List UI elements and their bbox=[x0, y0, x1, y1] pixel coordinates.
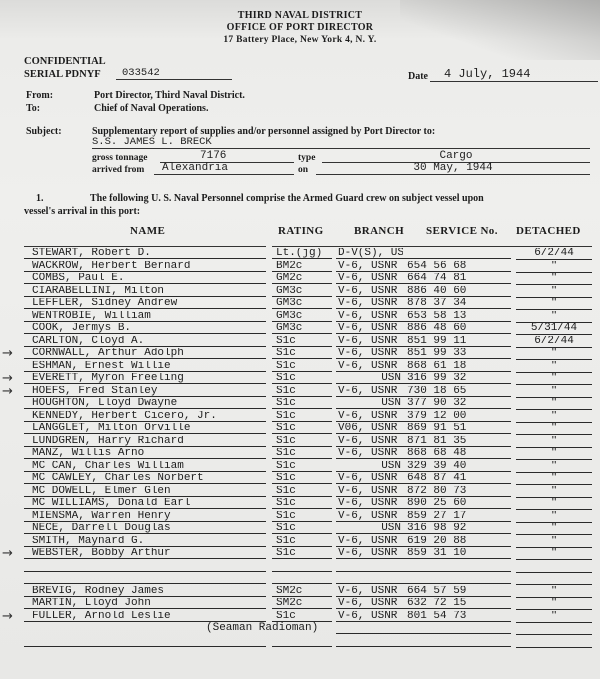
table-row: WENTROBIE, WilliamGM3cV-6, USNR653 58 13… bbox=[0, 311, 600, 324]
serial-number: 033542 bbox=[116, 67, 232, 80]
crew-service-no: 871 81 35 bbox=[403, 436, 511, 447]
crew-name: FULLER, Arnold Leslie bbox=[24, 611, 266, 622]
crew-name: CIARABELLINI, Milton bbox=[24, 286, 266, 297]
crew-name: MC DOWELL, Elmer Glen bbox=[24, 486, 266, 497]
crew-branch: V-6, USNR bbox=[336, 286, 403, 297]
crew-detached: " bbox=[516, 348, 592, 360]
to-value: Chief of Naval Operations. bbox=[94, 103, 208, 114]
blank-cell bbox=[272, 561, 332, 572]
crew-service-no: 654 56 68 bbox=[403, 261, 511, 272]
blank-cell bbox=[272, 573, 332, 584]
crew-service-no: 890 25 60 bbox=[403, 498, 511, 509]
from-value: Port Director, Third Naval District. bbox=[94, 90, 245, 101]
crew-name: MANZ, Willis Arno bbox=[24, 448, 266, 459]
crew-detached: 5/31/44 bbox=[516, 323, 592, 335]
blank-cell bbox=[403, 636, 511, 647]
crew-rating: S1c bbox=[272, 361, 332, 372]
blank-cell bbox=[403, 573, 511, 584]
letterhead-address: 17 Battery Place, New York 4, N. Y. bbox=[0, 35, 600, 45]
crew-name: NECE, Darrell Douglas bbox=[24, 523, 266, 534]
from-label: From: bbox=[26, 90, 53, 101]
column-header-detached: DETACHED bbox=[516, 225, 581, 237]
crew-service-no: 379 12 00 bbox=[403, 411, 511, 422]
table-row: SMITH, Maynard G.S1cV-6, USNR619 20 88" bbox=[0, 536, 600, 549]
crew-detached: " bbox=[516, 411, 592, 423]
blank-cell bbox=[336, 623, 403, 634]
crew-service-no: 632 72 15 bbox=[403, 598, 511, 609]
crew-service-no: 664 74 81 bbox=[403, 273, 511, 284]
crew-name: EVERETT, Myron Freeling bbox=[24, 373, 266, 384]
crew-name: CARLTON, Cloyd A. bbox=[24, 336, 266, 347]
table-row: CIARABELLINI, MiltonGM3cV-6, USNR886 40 … bbox=[0, 286, 600, 299]
crew-service-no: 878 37 34 bbox=[403, 298, 511, 309]
crew-name: MC WILLIAMS, Donald Earl bbox=[24, 498, 266, 509]
crew-branch: V-6, USNR bbox=[336, 298, 403, 309]
crew-rating: GM3c bbox=[272, 311, 332, 322]
crew-service-no: 872 80 73 bbox=[403, 486, 511, 497]
crew-rating: S1c bbox=[272, 461, 332, 472]
crew-detached: " bbox=[516, 286, 592, 298]
crew-detached: " bbox=[516, 473, 592, 485]
blank-cell bbox=[24, 573, 266, 584]
crew-rating: S1c bbox=[272, 511, 332, 522]
crew-name: MC CAN, Charles William bbox=[24, 461, 266, 472]
crew-detached: " bbox=[516, 361, 592, 373]
table-row: BREVIG, Rodney JamesSM2cV-6, USNR664 57 … bbox=[0, 586, 600, 599]
column-header-name: NAME bbox=[130, 225, 165, 237]
crew-rating: S1c bbox=[272, 336, 332, 347]
crew-name: HOEFS, Fred Stanley bbox=[24, 386, 266, 397]
table-row: MARTIN, Lloyd JohnSM2cV-6, USNR632 72 15… bbox=[0, 598, 600, 611]
crew-rating: S1c bbox=[272, 373, 332, 384]
crew-branch: V-6, USNR bbox=[336, 436, 403, 447]
crew-rating: SM2c bbox=[272, 586, 332, 597]
crew-branch: V-6, USNR bbox=[336, 348, 403, 359]
crew-rating: S1c bbox=[272, 386, 332, 397]
table-row: MC CAWLEY, Charles NorbertS1cV-6, USNR64… bbox=[0, 473, 600, 486]
crew-detached: " bbox=[516, 461, 592, 473]
crew-detached: " bbox=[516, 373, 592, 385]
crew-service-no: 869 91 51 bbox=[403, 423, 511, 434]
crew-branch: V-6, USNR bbox=[336, 336, 403, 347]
crew-name: WACKROW, Herbert Bernard bbox=[24, 261, 266, 272]
table-row: HOUGHTON, Lloyd DwayneS1cUSN377 90 32" bbox=[0, 398, 600, 411]
crew-rating: S1c bbox=[272, 486, 332, 497]
crew-name: KENNEDY, Herbert Cicero, Jr. bbox=[24, 411, 266, 422]
crew-service-no: 886 48 60 bbox=[403, 323, 511, 334]
crew-branch: V-6, USNR bbox=[336, 261, 403, 272]
crew-name: LEFFLER, Sidney Andrew bbox=[24, 298, 266, 309]
crew-rating: GM2c bbox=[272, 273, 332, 284]
crew-name: SMITH, Maynard G. bbox=[24, 536, 266, 547]
crew-name: COOK, Jermys B. bbox=[24, 323, 266, 334]
crew-name: WENTROBIE, William bbox=[24, 311, 266, 322]
crew-name: ESHMAN, Ernest Willie bbox=[24, 361, 266, 372]
table-row: COOK, Jermys B.GM3cV-6, USNR886 48 605/3… bbox=[0, 323, 600, 336]
crew-branch: V-6, USNR bbox=[336, 361, 403, 372]
arrived-from-value: Alexandria bbox=[154, 162, 294, 175]
crew-service-no: 859 27 17 bbox=[403, 511, 511, 522]
crew-name: HOUGHTON, Lloyd Dwayne bbox=[24, 398, 266, 409]
crew-branch: V06, USNR bbox=[336, 423, 403, 434]
table-row: MC WILLIAMS, Donald EarlS1cV-6, USNR890 … bbox=[0, 498, 600, 511]
crew-name: WEBSTER, Bobby Arthur bbox=[24, 548, 266, 559]
arrival-date-label: on bbox=[298, 165, 308, 175]
crew-rating: GM3c bbox=[272, 323, 332, 334]
subject-label: Subject: bbox=[26, 126, 62, 137]
table-row: →WEBSTER, Bobby ArthurS1cV-6, USNR859 31… bbox=[0, 548, 600, 561]
crew-name: LANGGLET, Milton Orville bbox=[24, 423, 266, 434]
crew-detached: " bbox=[516, 598, 592, 610]
crew-rating: S1c bbox=[272, 411, 332, 422]
crew-detached: " bbox=[516, 498, 592, 510]
crew-rating: S1c bbox=[272, 448, 332, 459]
table-row: ESHMAN, Ernest WillieS1cV-6, USNR868 61 … bbox=[0, 361, 600, 374]
crew-branch: V-6, USNR bbox=[336, 323, 403, 334]
crew-detached: " bbox=[516, 586, 592, 598]
crew-detached: " bbox=[516, 273, 592, 285]
crew-service-no: 316 98 92 bbox=[403, 523, 511, 534]
blank-cell bbox=[516, 623, 592, 635]
crew-branch: D-V(S), USNR bbox=[336, 248, 403, 259]
crew-detached: " bbox=[516, 523, 592, 535]
date-label: Date bbox=[408, 71, 428, 82]
gross-tonnage-label: gross tonnage bbox=[92, 153, 148, 163]
note-row: (Seaman Radioman) bbox=[0, 623, 600, 636]
column-header-service-no: SERVICE No. bbox=[426, 225, 498, 237]
blank-row bbox=[0, 561, 600, 574]
crew-name: LUNDGREN, Harry Richard bbox=[24, 436, 266, 447]
crew-detached: " bbox=[516, 486, 592, 498]
crew-rating: S1c bbox=[272, 398, 332, 409]
blank-cell bbox=[336, 561, 403, 572]
crew-branch: USN bbox=[336, 461, 403, 472]
crew-rating: BM2c bbox=[272, 261, 332, 272]
crew-branch: V-6, USNR bbox=[336, 311, 403, 322]
crew-service-no: 316 99 32 bbox=[403, 373, 511, 384]
vessel-name: S.S. JAMES L. BRECK bbox=[92, 136, 590, 149]
letterhead-district: THIRD NAVAL DISTRICT bbox=[0, 10, 600, 21]
crew-branch: V-6, USNR bbox=[336, 448, 403, 459]
blank-cell bbox=[516, 636, 592, 648]
crew-service-no bbox=[403, 248, 511, 259]
blank-cell bbox=[403, 623, 511, 634]
serial-label: SERIAL PDNYF bbox=[24, 69, 101, 80]
crew-service-no: 868 61 18 bbox=[403, 361, 511, 372]
crew-service-no: 648 87 41 bbox=[403, 473, 511, 484]
crew-branch: V-6, USNR bbox=[336, 511, 403, 522]
crew-detached: " bbox=[516, 423, 592, 435]
crew-branch: V-6, USNR bbox=[336, 536, 403, 547]
crew-branch: V-6, USNR bbox=[336, 486, 403, 497]
crew-rating: S1c bbox=[272, 548, 332, 559]
crew-branch: V-6, USNR bbox=[336, 273, 403, 284]
blank-cell bbox=[516, 561, 592, 573]
blank-cell bbox=[403, 561, 511, 572]
crew-rating: SM2c bbox=[272, 598, 332, 609]
crew-service-no: 859 31 10 bbox=[403, 548, 511, 559]
crew-rating: S1c bbox=[272, 536, 332, 547]
table-row: KENNEDY, Herbert Cicero, Jr.S1cV-6, USNR… bbox=[0, 411, 600, 424]
crew-rating: S1c bbox=[272, 611, 332, 622]
crew-detached: " bbox=[516, 398, 592, 410]
classification: CONFIDENTIAL bbox=[24, 56, 106, 67]
crew-rating: S1c bbox=[272, 498, 332, 509]
crew-name: COMBS, Paul E. bbox=[24, 273, 266, 284]
blank-cell bbox=[516, 573, 592, 585]
crew-rating: S1c bbox=[272, 436, 332, 447]
crew-branch: V-6, USNR bbox=[336, 611, 403, 622]
crew-service-no: 653 58 13 bbox=[403, 311, 511, 322]
crew-rating: S1c bbox=[272, 348, 332, 359]
arrived-from-label: arrived from bbox=[92, 165, 144, 175]
crew-service-no: 377 90 32 bbox=[403, 398, 511, 409]
table-row: COMBS, Paul E.GM2cV-6, USNR664 74 81" bbox=[0, 273, 600, 286]
table-row: MIENSMA, Warren HenryS1cV-6, USNR859 27 … bbox=[0, 511, 600, 524]
crew-detached: " bbox=[516, 436, 592, 448]
document-page: THIRD NAVAL DISTRICT OFFICE OF PORT DIRE… bbox=[0, 0, 600, 679]
letterhead-office: OFFICE OF PORT DIRECTOR bbox=[0, 22, 600, 33]
column-header-rating: RATING bbox=[278, 225, 324, 237]
crew-service-no: 730 18 65 bbox=[403, 386, 511, 397]
type-label: type bbox=[298, 153, 315, 163]
crew-detached: " bbox=[516, 536, 592, 548]
seaman-radioman-note: (Seaman Radioman) bbox=[206, 622, 318, 634]
crew-branch: V-6, USNR bbox=[336, 548, 403, 559]
table-row: MANZ, Willis ArnoS1cV-6, USNR868 68 48" bbox=[0, 448, 600, 461]
blank-cell bbox=[24, 561, 266, 572]
crew-name: MC CAWLEY, Charles Norbert bbox=[24, 473, 266, 484]
crew-detached: " bbox=[516, 548, 592, 560]
crew-name: MARTIN, Lloyd John bbox=[24, 598, 266, 609]
crew-detached: " bbox=[516, 611, 592, 623]
table-row: →HOEFS, Fred StanleyS1cV-6, USNR730 18 6… bbox=[0, 386, 600, 399]
crew-rating: S1c bbox=[272, 423, 332, 434]
crew-detached: " bbox=[516, 511, 592, 523]
table-row: NECE, Darrell DouglasS1cUSN316 98 92" bbox=[0, 523, 600, 536]
paragraph-text-line1: The following U. S. Naval Personnel comp… bbox=[90, 193, 484, 204]
crew-service-no: 801 54 73 bbox=[403, 611, 511, 622]
crew-detached: 6/2/44 bbox=[516, 248, 592, 260]
crew-service-no: 619 20 88 bbox=[403, 536, 511, 547]
crew-branch: V-6, USNR bbox=[336, 411, 403, 422]
crew-branch: V-6, USNR bbox=[336, 386, 403, 397]
date-value: 4 July, 1944 bbox=[430, 67, 598, 82]
crew-rating: Lt.(jg) bbox=[272, 248, 332, 259]
blank-cell bbox=[336, 636, 403, 647]
to-label: To: bbox=[26, 103, 40, 114]
table-row: MC DOWELL, Elmer GlenS1cV-6, USNR872 80 … bbox=[0, 486, 600, 499]
crew-service-no: 664 57 59 bbox=[403, 586, 511, 597]
crew-detached: 6/2/44 bbox=[516, 336, 592, 348]
crew-branch: V-6, USNR bbox=[336, 473, 403, 484]
crew-name: STEWART, Robert D. bbox=[24, 248, 266, 259]
paragraph-text-line2: vessel's arrival in this port: bbox=[24, 206, 140, 217]
table-row: STEWART, Robert D.Lt.(jg)D-V(S), USNR6/2… bbox=[0, 248, 600, 261]
table-row: CARLTON, Cloyd A.S1cV-6, USNR851 99 116/… bbox=[0, 336, 600, 349]
table-row: →CORNWALL, Arthur AdolphS1cV-6, USNR851 … bbox=[0, 348, 600, 361]
blank-cell bbox=[24, 636, 266, 647]
table-row: LUNDGREN, Harry RichardS1cV-6, USNR871 8… bbox=[0, 436, 600, 449]
crew-branch: V-6, USNR bbox=[336, 586, 403, 597]
crew-service-no: 868 68 48 bbox=[403, 448, 511, 459]
table-row: MC CAN, Charles WilliamS1cUSN329 39 40" bbox=[0, 461, 600, 474]
crew-branch: V-6, USNR bbox=[336, 498, 403, 509]
crew-name: BREVIG, Rodney James bbox=[24, 586, 266, 597]
table-row: WACKROW, Herbert BernardBM2cV-6, USNR654… bbox=[0, 261, 600, 274]
crew-rating: GM3c bbox=[272, 298, 332, 309]
blank-row bbox=[0, 636, 600, 649]
crew-branch: USN bbox=[336, 523, 403, 534]
arrival-date-value: 30 May, 1944 bbox=[316, 162, 590, 175]
table-row: →EVERETT, Myron FreelingS1cUSN316 99 32" bbox=[0, 373, 600, 386]
personnel-table: STEWART, Robert D.Lt.(jg)D-V(S), USNR6/2… bbox=[0, 248, 600, 648]
table-row: LANGGLET, Milton OrvilleS1cV06, USNR869 … bbox=[0, 423, 600, 436]
crew-name: MIENSMA, Warren Henry bbox=[24, 511, 266, 522]
column-header-branch: BRANCH bbox=[354, 225, 404, 237]
crew-service-no: 851 99 11 bbox=[403, 336, 511, 347]
crew-detached: " bbox=[516, 298, 592, 310]
crew-branch: USN bbox=[336, 398, 403, 409]
crew-rating: S1c bbox=[272, 523, 332, 534]
blank-cell bbox=[336, 573, 403, 584]
crew-service-no: 329 39 40 bbox=[403, 461, 511, 472]
crew-detached: " bbox=[516, 386, 592, 398]
blank-row bbox=[0, 573, 600, 586]
crew-branch: USN bbox=[336, 373, 403, 384]
crew-detached: " bbox=[516, 261, 592, 273]
crew-name: CORNWALL, Arthur Adolph bbox=[24, 348, 266, 359]
crew-detached: " bbox=[516, 448, 592, 460]
paragraph-number: 1. bbox=[36, 193, 44, 204]
crew-service-no: 851 99 33 bbox=[403, 348, 511, 359]
table-row: LEFFLER, Sidney AndrewGM3cV-6, USNR878 3… bbox=[0, 298, 600, 311]
crew-detached: " bbox=[516, 311, 592, 323]
crew-branch: V-6, USNR bbox=[336, 598, 403, 609]
blank-cell bbox=[272, 636, 332, 647]
crew-rating: GM3c bbox=[272, 286, 332, 297]
crew-rating: S1c bbox=[272, 473, 332, 484]
crew-service-no: 886 40 60 bbox=[403, 286, 511, 297]
